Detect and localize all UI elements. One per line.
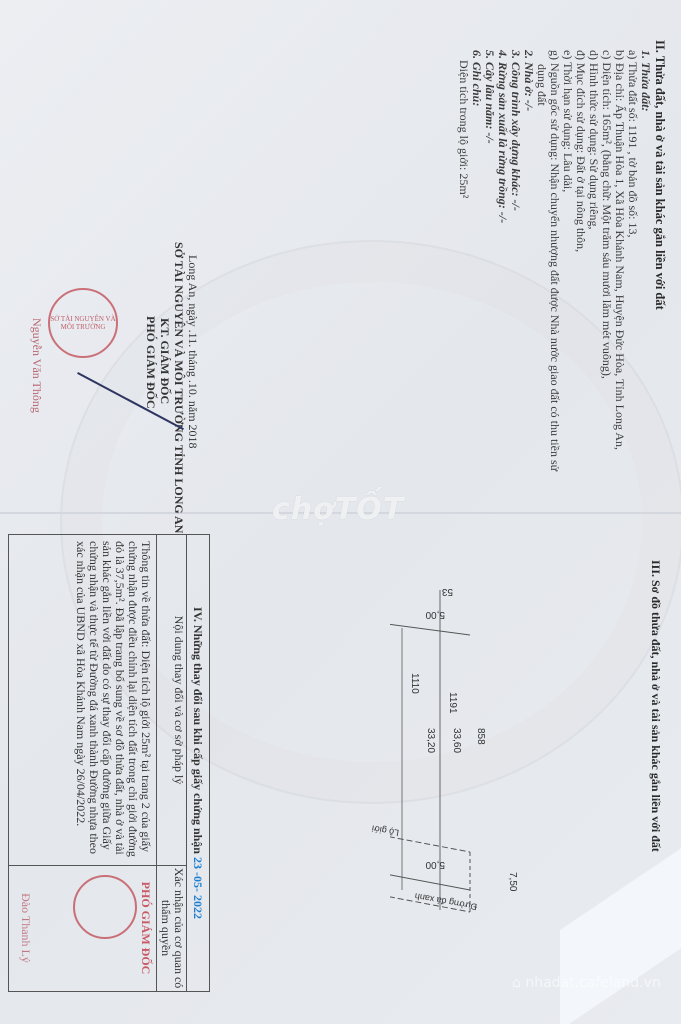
stamp-text: SỞ TÀI NGUYÊN VÀ MÔI TRƯỜNG — [50, 315, 116, 331]
width-front: 5,00 — [426, 859, 445, 870]
forest: 4. Rừng sản xuất là rừng trồng: -/- — [496, 50, 509, 471]
page-corner — [560, 836, 681, 1024]
section2: II. Thửa đất, nhà ở và tài sản khác gắn … — [457, 40, 667, 471]
usage-form: d) Hình thức sử dụng: Sử dụng riêng, — [587, 50, 600, 471]
parcel-address: b) Địa chỉ: Ấp Thuận Hòa 1, Xã Hòa Khánh… — [613, 50, 626, 471]
changes-content-col: Nội dung thay đổi và cơ sở pháp lý Thông… — [9, 535, 187, 866]
change-date-stamp: 23 -05- 2022 — [191, 857, 205, 919]
parcel-heading: 1. Thửa đất: — [639, 50, 652, 471]
parcel-number: a) Thửa đất số: 1191 , tờ bản đồ số: 13, — [626, 50, 639, 471]
nhadat-watermark: ⌂ nhadat.cafeland.vn — [512, 975, 661, 991]
changes-confirm-col: Xác nhận của cơ quan có thẩm quyền PHÓ G… — [9, 865, 187, 991]
neighbor-bottom: 1110 — [409, 673, 420, 694]
other-works: 3. Công trình xây dựng khác: -/- — [509, 50, 522, 471]
certificate-page: II. Thửa đất, nhà ở và tài sản khác gắn … — [0, 0, 681, 1024]
signature-date: Long An, ngày .11. tháng .10. năm 2018 — [185, 255, 200, 449]
signature-role: PHÓ GIÁM ĐỐC — [143, 316, 158, 409]
col-confirm-header: Xác nhận của cơ quan có thẩm quyền — [156, 865, 187, 991]
chotot-watermark: chợTỐT — [272, 492, 404, 527]
col-content-header: Nội dung thay đổi và cơ sở pháp lý — [156, 535, 187, 865]
length-bottom: 33,20 — [425, 728, 436, 753]
confirm-role: PHÓ GIÁM ĐỐC — [135, 865, 156, 991]
change-content: Thông tin về thửa đất: Diện tích lộ giới… — [70, 535, 156, 865]
usage-origin: g) Nguồn gốc sử dụng: Nhận chuyển nhượng… — [548, 50, 561, 471]
length-top: 33,60 — [451, 728, 462, 753]
setback: 7,50 — [507, 872, 518, 891]
changes-title: IV. Những thay đổi sau khi cấp giấy chứn… — [186, 535, 209, 991]
parcel-area: c) Diện tích: 165m², (bằng chữ: Một trăm… — [600, 50, 613, 471]
signature-org: SỞ TÀI NGUYÊN VÀ MÔI TRƯỜNG TỈNH LONG AN — [171, 242, 186, 533]
parcel-diagram — [390, 590, 530, 920]
neighbor-back: 53 — [442, 586, 453, 597]
section2-title: II. Thửa đất, nhà ở và tài sản khác gắn … — [652, 40, 667, 471]
signer-name: Nguyễn Văn Thông — [29, 318, 44, 413]
usage-purpose: đ) Mục đích sử dụng: Đất ở tại nông thôn… — [574, 50, 587, 471]
parcel-id: 1191 — [447, 692, 458, 714]
notes-heading: 6. Ghi chú: — [470, 50, 483, 471]
official-stamp: SỞ TÀI NGUYÊN VÀ MÔI TRƯỜNG — [48, 288, 118, 358]
changes-table: IV. Những thay đổi sau khi cấp giấy chứn… — [0, 534, 210, 990]
width-back: 5,00 — [426, 609, 445, 620]
notes-text: Diện tích trong lộ giới: 25m² — [457, 60, 470, 471]
section3-title: III. Sơ đồ thửa đất, nhà ở và tài sản kh… — [648, 560, 663, 852]
neighbor-top: 858 — [475, 728, 486, 745]
confirm-name: Đào Thanh Lý — [15, 865, 36, 991]
usage-origin-cont: dụng đất — [535, 64, 548, 471]
usage-term: e) Thời hạn sử dụng: Lâu dài, — [561, 50, 574, 471]
perennial-trees: 5. Cây lâu năm: -/- — [483, 50, 496, 471]
house: 2. Nhà ở: -/- — [522, 50, 535, 471]
signature-kt: KT. GIÁM ĐỐC — [157, 318, 172, 404]
confirm-stamp — [73, 875, 137, 939]
